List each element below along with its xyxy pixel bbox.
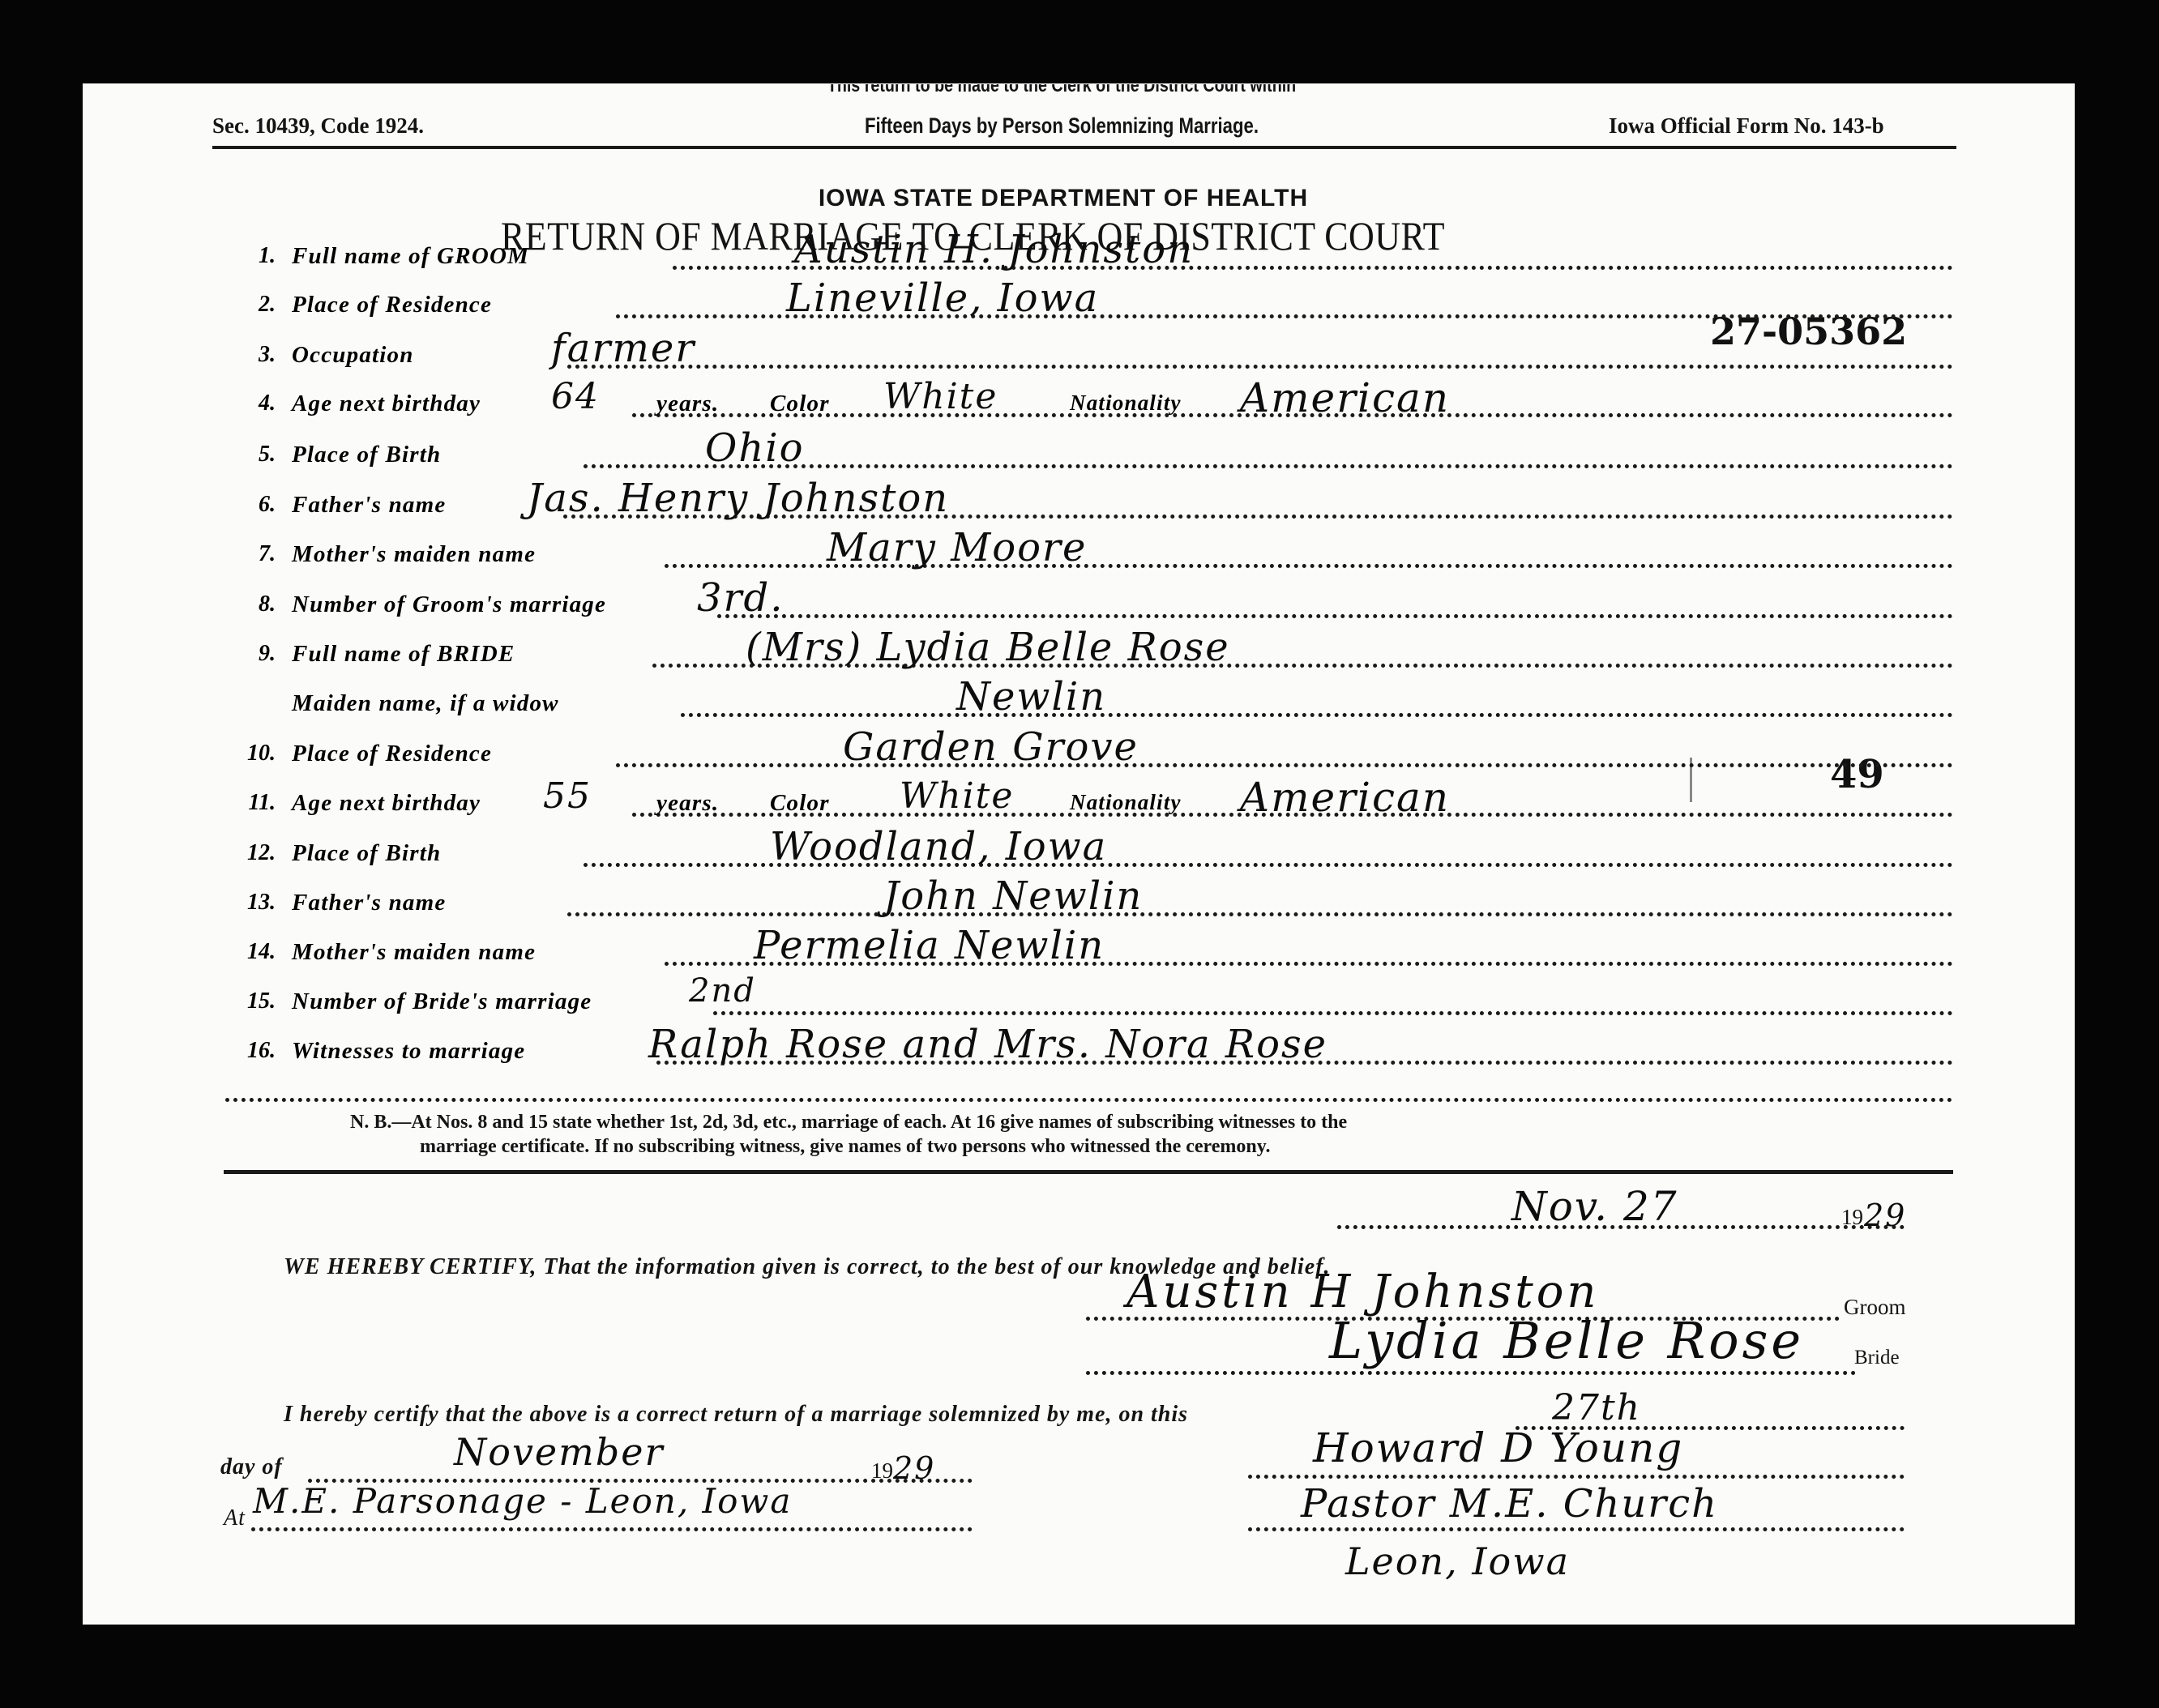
field-label: Number of Groom's marriage [292, 591, 606, 618]
field-number: 9. [235, 641, 276, 667]
field-number: 10. [235, 741, 276, 766]
form-field-row: 5.Place of BirthOhio [235, 435, 2159, 472]
field-value: Woodland, Iowa [770, 824, 1107, 869]
month-value: November [454, 1430, 664, 1474]
groom-label: Groom [1844, 1295, 1906, 1320]
officiant-signature-line [1248, 1475, 1905, 1479]
field-number: 13. [235, 890, 276, 916]
form-field-row: 12.Place of BirthWoodland, Iowa [235, 834, 2159, 871]
color-label: Color [770, 790, 830, 817]
at-label: At [224, 1505, 246, 1531]
field-value: (Mrs) Lydia Belle Rose [746, 625, 1230, 670]
officiant-signature: Howard D Young [1313, 1424, 1683, 1471]
field-value-nationality: American [1240, 774, 1450, 821]
field-label: Maiden name, if a widow [292, 690, 559, 717]
day-value: 27th [1552, 1387, 1641, 1428]
officiant-title: Pastor M.E. Church [1301, 1481, 1718, 1527]
instruction-line-2: Fifteen Days by Person Solemnizing Marri… [696, 113, 1427, 139]
year-prefix: 19 [1841, 1205, 1863, 1230]
field-label: Place of Residence [292, 292, 492, 318]
field-number: 4. [235, 391, 276, 416]
field-value: 2nd [689, 972, 756, 1010]
field-dotted-line [616, 763, 1953, 767]
field-number: 7. [235, 541, 276, 567]
field-value: 3rd. [697, 575, 784, 621]
field-label: Mother's maiden name [292, 939, 536, 966]
form-field-row: 7.Mother's maiden nameMary Moore [235, 535, 2159, 572]
form-field-row: 15.Number of Bride's marriage2nd [235, 982, 2159, 1019]
field-value: Permelia Newlin [754, 923, 1105, 968]
field-number: 1. [235, 243, 276, 269]
field-label: Mother's maiden name [292, 541, 536, 568]
field-number: 16. [235, 1038, 276, 1064]
field-dotted-line [567, 365, 1953, 369]
field-value-age: 64 [551, 376, 600, 417]
officiant-statement: I hereby certify that the above is a cor… [284, 1402, 1188, 1428]
note-line-2: marriage certificate. If no subscribing … [420, 1136, 1270, 1158]
field-label: Full name of BRIDE [292, 641, 515, 668]
field-label: Full name of GROOM [292, 243, 529, 270]
field-value: Lineville, Iowa [786, 275, 1099, 321]
blank-dotted-line [225, 1098, 1953, 1102]
color-label: Color [770, 391, 830, 417]
note-line-1: N. B.—At Nos. 8 and 15 state whether 1st… [350, 1112, 1347, 1134]
field-dotted-line [713, 1011, 1953, 1015]
field-value-nationality: American [1240, 374, 1450, 421]
field-label: Number of Bride's marriage [292, 989, 592, 1015]
field-number: 8. [235, 591, 276, 617]
field-value: John Newlin [883, 873, 1143, 919]
nationality-label: Nationality [1070, 790, 1182, 815]
field-label: Father's name [292, 492, 446, 519]
form-field-row: 16.Witnesses to marriageRalph Rose and M… [235, 1031, 2159, 1069]
field-value: Jas. Henry Johnston [527, 476, 949, 521]
form-field-row: 8.Number of Groom's marriage3rd. [235, 585, 2159, 622]
years-label: years. [656, 790, 719, 817]
field-label: Place of Birth [292, 840, 441, 867]
field-value-age: 55 [543, 775, 592, 817]
field-value-color: White [883, 376, 998, 417]
field-value: Austin H. Johnston [794, 227, 1194, 272]
field-dotted-line [681, 713, 1953, 717]
day-of-label: day of [220, 1454, 283, 1480]
bride-label: Bride [1854, 1347, 1900, 1369]
location-value: M.E. Parsonage - Leon, Iowa [253, 1481, 792, 1521]
section-code: Sec. 10439, Code 1924. [212, 113, 424, 139]
year2-value: 29 [893, 1450, 935, 1486]
field-label: Age next birthday [292, 391, 481, 417]
field-dotted-line [717, 614, 1953, 618]
bride-signature-line [1086, 1371, 1856, 1375]
department-name: IOWA STATE DEPARTMENT OF HEALTH [0, 185, 2143, 212]
form-field-row: 1.Full name of GROOMAustin H. Johnston [235, 237, 2159, 274]
field-number: 15. [235, 989, 276, 1014]
field-number: 2. [235, 292, 276, 318]
field-value: Newlin [956, 674, 1106, 719]
field-number: 14. [235, 939, 276, 965]
field-number: 6. [235, 492, 276, 518]
field-label: Father's name [292, 890, 446, 916]
field-number: 12. [235, 840, 276, 866]
field-label: Place of Birth [292, 442, 441, 468]
field-number: 11. [235, 790, 276, 816]
year-value: 29 [1864, 1198, 1906, 1233]
field-value: Garden Grove [843, 724, 1139, 770]
form-field-row: Maiden name, if a widowNewlin [235, 684, 2159, 721]
field-label: Witnesses to marriage [292, 1038, 525, 1065]
field-value: Ohio [705, 425, 805, 471]
form-field-row: 2.Place of ResidenceLineville, Iowa [235, 285, 2159, 322]
note-rule [224, 1170, 1953, 1174]
field-label: Place of Residence [292, 741, 492, 767]
years-label: years. [656, 391, 719, 417]
bride-signature: Lydia Belle Rose [1329, 1311, 1804, 1370]
form-field-row: 3.Occupationfarmer [235, 335, 2159, 373]
year2-prefix: 19 [871, 1458, 893, 1484]
field-number: 3. [235, 342, 276, 368]
field-value-color: White [900, 775, 1014, 817]
instruction-line-1: This return to be made to the Clerk of t… [696, 75, 1427, 97]
officiant-location: Leon, Iowa [1345, 1539, 1570, 1583]
form-field-row: 4.Age next birthday64years.ColorWhiteNat… [235, 384, 2159, 421]
officiant-title-line [1248, 1527, 1905, 1531]
form-field-row: 11.Age next birthday55years.ColorWhiteNa… [235, 784, 2159, 821]
form-field-row: 9.Full name of BRIDE(Mrs) Lydia Belle Ro… [235, 634, 2159, 672]
field-number: 5. [235, 442, 276, 468]
form-field-row: 13.Father's nameJohn Newlin [235, 883, 2159, 920]
form-field-row: 6.Father's nameJas. Henry Johnston [235, 485, 2159, 523]
field-label: Occupation [292, 342, 414, 369]
header-rule [212, 146, 1956, 149]
location-line [251, 1527, 973, 1531]
field-value: farmer [551, 326, 695, 371]
field-label: Age next birthday [292, 790, 481, 817]
form-field-row: 10.Place of ResidenceGarden Grove [235, 734, 2159, 771]
nationality-label: Nationality [1070, 391, 1182, 416]
field-value: Mary Moore [827, 525, 1087, 570]
field-dotted-line [567, 912, 1953, 916]
field-value: Ralph Rose and Mrs. Nora Rose [648, 1022, 1327, 1067]
form-number: Iowa Official Form No. 143-b [1609, 113, 1884, 139]
date-value: Nov. 27 [1511, 1183, 1678, 1230]
form-field-row: 14.Mother's maiden namePermelia Newlin [235, 933, 2159, 970]
